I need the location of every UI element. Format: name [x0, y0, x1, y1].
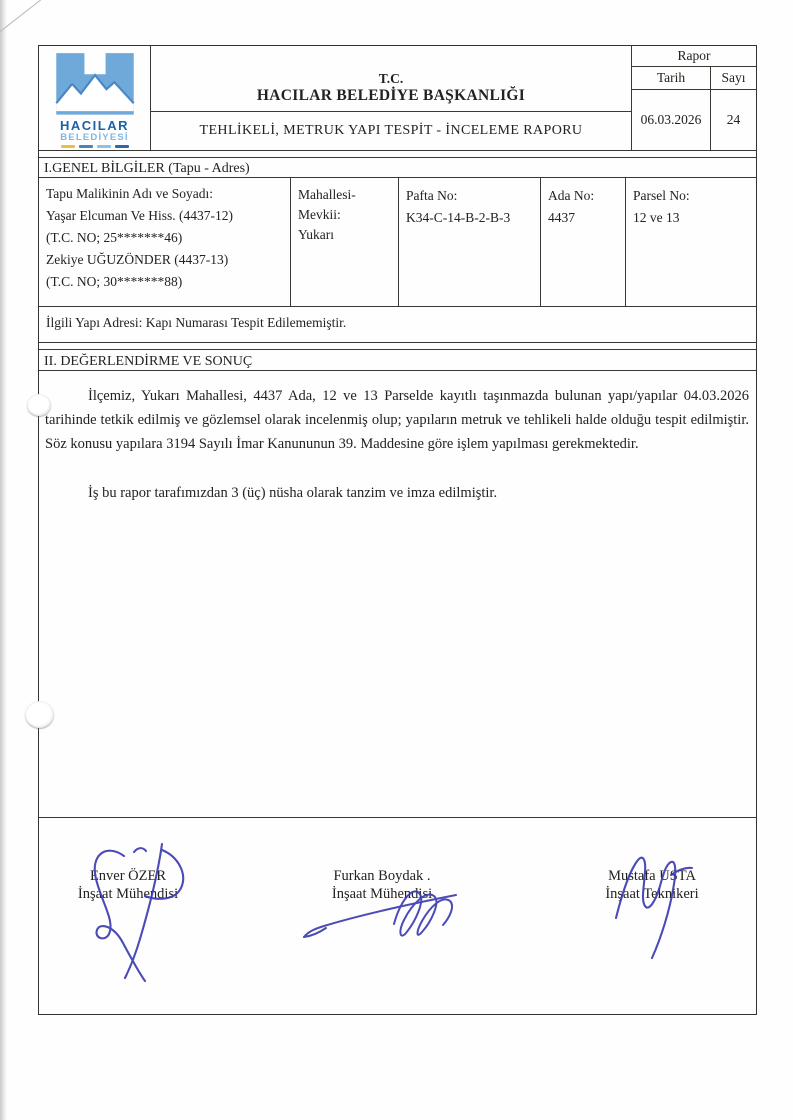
signer-title: İnşaat Mühendisi — [43, 886, 213, 904]
owner-line: (T.C. NO; 30*******88) — [46, 271, 284, 293]
hole-punch-top — [27, 394, 51, 416]
owner-line: Yaşar Elcuman Ve Hiss. (4437-12) — [46, 205, 284, 227]
header-title-area: T.C. HACILAR BELEDİYE BAŞKANLIĞI TEHLİKE… — [151, 46, 631, 150]
report-meta-headers: Tarih Sayı — [632, 67, 756, 90]
report-number-label: Sayı — [711, 67, 756, 89]
report-meta-values: 06.03.2026 24 — [632, 90, 756, 150]
signature-block-3: Mustafa USTA İnşaat Teknikeri — [567, 868, 737, 903]
owner-line: (T.C. NO; 25*******46) — [46, 227, 284, 249]
section2-title: II. DEĞERLENDİRME VE SONUÇ — [39, 349, 756, 371]
municipality-logo: HACILAR BELEDİYESİ — [39, 46, 151, 150]
header-band: HACILAR BELEDİYESİ T.C. HACILAR BELEDİYE… — [39, 46, 756, 151]
parsel-cell: Parsel No: 12 ve 13 — [626, 178, 756, 306]
report-date-label: Tarih — [632, 67, 711, 89]
parsel-label: Parsel No: — [633, 185, 750, 207]
owner-cell: Tapu Malikinin Adı ve Soyadı: Yaşar Elcu… — [39, 178, 291, 306]
organization-title: HACILAR BELEDİYE BAŞKANLIĞI — [257, 86, 525, 105]
evaluation-paragraph: İlçemiz, Yukarı Mahallesi, 4437 Ada, 12 … — [45, 384, 749, 456]
logo-name-text: HACILAR — [60, 119, 129, 132]
scan-edge-shadow — [0, 0, 7, 1120]
pafta-label: Pafta No: — [406, 185, 534, 207]
signature-band: Enver ÖZER İnşaat Mühendisi Furkan Boyda… — [39, 818, 756, 1014]
signer-title: İnşaat Mühendisi — [297, 886, 467, 904]
section1-data-row: Tapu Malikinin Adı ve Soyadı: Yaşar Elcu… — [39, 178, 756, 307]
neighborhood-label: Mahallesi- — [298, 185, 392, 205]
neighborhood-cell: Mahallesi- Mevkii: Yukarı — [291, 178, 399, 306]
signature-block-2: Furkan Boydak . İnşaat Mühendisi — [297, 868, 467, 903]
report-number-value: 24 — [711, 90, 756, 150]
section1-title: I.GENEL BİLGİLER (Tapu - Adres) — [39, 157, 756, 178]
hacilar-logo-icon — [51, 50, 139, 116]
ada-cell: Ada No: 4437 — [541, 178, 626, 306]
hole-punch-bottom — [25, 701, 54, 728]
logo-color-dashes — [61, 145, 129, 148]
neighborhood-label2: Mevkii: — [298, 205, 392, 225]
pafta-cell: Pafta No: K34-C-14-B-2-B-3 — [399, 178, 541, 306]
header-top-titles: T.C. HACILAR BELEDİYE BAŞKANLIĞI — [151, 46, 631, 112]
signer-name: Furkan Boydak . — [297, 868, 467, 886]
ada-value: 4437 — [548, 207, 619, 229]
ada-label: Ada No: — [548, 185, 619, 207]
report-meta-box: Rapor Tarih Sayı 06.03.2026 24 — [631, 46, 756, 150]
signer-name: Mustafa USTA — [567, 868, 737, 886]
report-label: Rapor — [632, 46, 756, 67]
evaluation-content: İlçemiz, Yukarı Mahallesi, 4437 Ada, 12 … — [39, 371, 756, 818]
document-title: TEHLİKELİ, METRUK YAPI TESPİT - İNCELEME… — [151, 112, 631, 150]
owner-label: Tapu Malikinin Adı ve Soyadı: — [46, 183, 284, 205]
tc-label: T.C. — [379, 71, 404, 86]
building-address-row: İlgili Yapı Adresi: Kapı Numarası Tespit… — [39, 307, 756, 343]
signer-title: İnşaat Teknikeri — [567, 886, 737, 904]
parsel-value: 12 ve 13 — [633, 207, 750, 229]
scanned-document-page: HACILAR BELEDİYESİ T.C. HACILAR BELEDİYE… — [0, 0, 793, 1120]
pafta-value: K34-C-14-B-2-B-3 — [406, 207, 534, 229]
logo-subname-text: BELEDİYESİ — [60, 132, 129, 143]
copies-paragraph: İş bu rapor tarafımızdan 3 (üç) nüsha ol… — [45, 481, 749, 505]
report-table: HACILAR BELEDİYESİ T.C. HACILAR BELEDİYE… — [38, 45, 757, 1015]
owner-line: Zekiye UĞUZÖNDER (4437-13) — [46, 249, 284, 271]
signature-block-1: Enver ÖZER İnşaat Mühendisi — [43, 868, 213, 903]
report-date-value: 06.03.2026 — [632, 90, 711, 150]
neighborhood-value: Yukarı — [298, 225, 392, 245]
signer-name: Enver ÖZER — [43, 868, 213, 886]
